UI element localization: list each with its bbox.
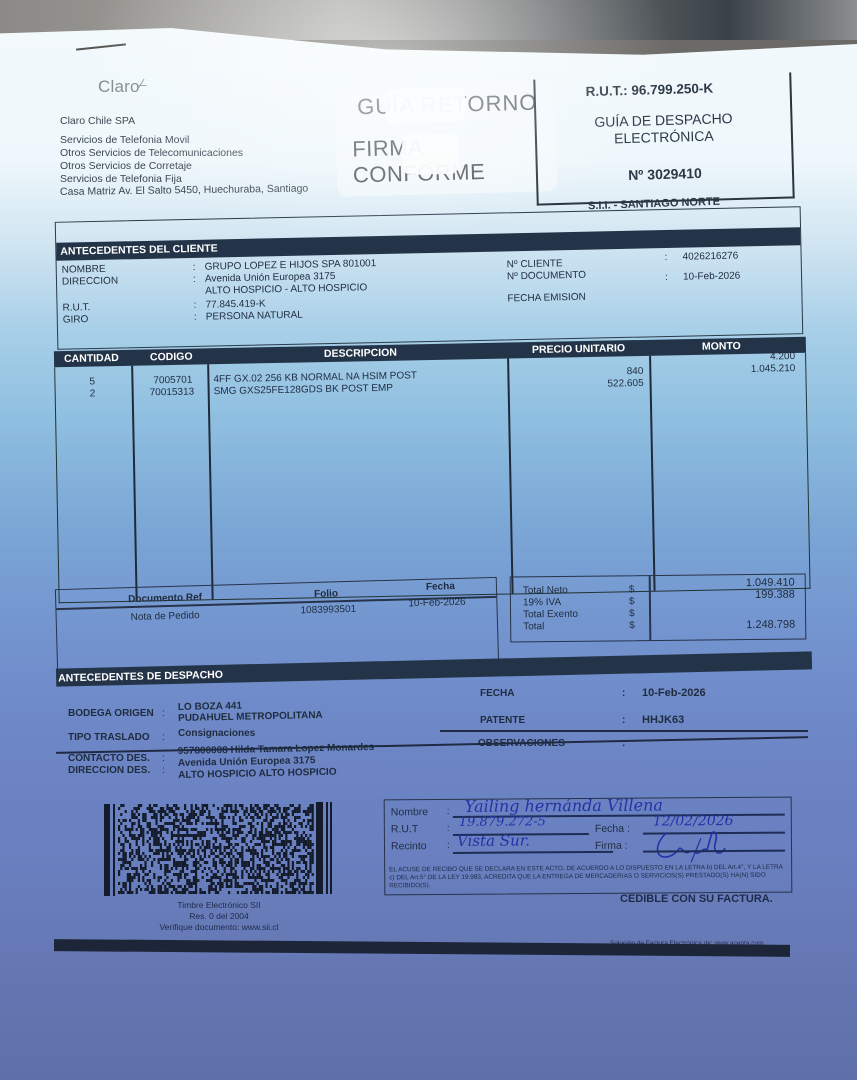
document-title: GUÍA DE DESPACHO ELECTRÓNICA <box>536 108 791 149</box>
ref-header-folio: Folio <box>314 588 338 600</box>
label-fecha-despacho: FECHA <box>480 688 514 699</box>
logo-burst-icon: ⁄̶ <box>141 76 143 91</box>
column-header-precio-unitario: PRECIO UNITARIO <box>532 342 625 356</box>
stamp-glare <box>402 134 459 175</box>
divider <box>56 736 808 753</box>
client-address-line-2: ALTO HOSPICIO - ALTO HOSPICIO <box>205 282 367 296</box>
issuer-info: Claro Chile SPA Servicios de Telefonia M… <box>60 115 308 199</box>
sii-verify-link[interactable]: Verifique documento: www.sii.cl <box>104 922 334 933</box>
cell-descripcion: SMG GXS25FE128GDS BK POST EMP <box>214 383 394 397</box>
issue-date: 10-Feb-2026 <box>683 270 740 282</box>
total-neto-value: 1.049.410 <box>746 577 795 590</box>
bodega-origen-line-2: PUDAHUEL METROPOLITANA <box>178 710 323 724</box>
cell-monto: 1.045.210 <box>751 363 796 375</box>
issuer-activity: Servicios de Telefonia Movil <box>60 134 308 147</box>
label-bodega-origen: BODEGA ORIGEN <box>68 708 154 719</box>
label-tipo-traslado: TIPO TRASLADO <box>68 732 150 743</box>
stamp-glare <box>385 87 466 123</box>
issuer-name: Claro Chile SPA <box>60 115 308 128</box>
paper-mark <box>76 43 126 50</box>
cell-monto: 4.200 <box>770 351 795 362</box>
timbre-line-1: Timbre Electrónico SII <box>104 900 334 911</box>
receipt-acknowledgment-box: Nombre R.U.T Recinto : : : Fecha : Firma… <box>384 797 793 896</box>
cell-cantidad: 2 <box>90 388 96 399</box>
cell-codigo: 7005701 <box>153 375 192 387</box>
label-contacto: CONTACTO DES. <box>68 753 150 764</box>
column-header-monto: MONTO <box>702 340 741 353</box>
tipo-traslado: Consignaciones <box>178 728 255 739</box>
column-header-cantidad: CANTIDAD <box>64 352 119 365</box>
client-rut: 77.845.419-K <box>205 298 265 310</box>
label-rut-receptor: R.U.T <box>391 823 419 835</box>
document-id-box: R.U.T.: 96.799.250-K GUÍA DE DESPACHO EL… <box>533 72 794 205</box>
pdf417-barcode-icon <box>104 800 334 898</box>
label-direccion-des: DIRECCION DES. <box>68 765 150 776</box>
currency-symbol: $ <box>629 620 635 632</box>
ref-fecha: 10-Feb-2026 <box>408 597 466 610</box>
totals-box: Total Neto 19% IVA Total Exento Total $ … <box>510 573 807 642</box>
label-direccion: DIRECCION <box>62 276 118 288</box>
timbre-electronico: Timbre Electrónico SII Res. 0 del 2004 V… <box>104 900 334 933</box>
ref-header-fecha: Fecha <box>426 581 455 593</box>
column-header-descripcion: DESCRIPCION <box>324 347 397 360</box>
label-fecha-emision: FECHA EMISION <box>507 292 586 305</box>
label-recinto: Recinto <box>391 840 427 852</box>
issuer-activity: Otros Servicios de Telecomunicaciones <box>60 147 308 160</box>
total-exento-label: Total Exento <box>523 609 578 622</box>
total-label: Total <box>523 621 578 634</box>
currency-symbol: $ <box>629 584 635 596</box>
timbre-line-2: Res. 0 del 2004 <box>104 911 334 922</box>
ref-documento: Nota de Pedido <box>131 610 200 623</box>
iva-value: 199.388 <box>746 589 795 602</box>
receiver-name-handwritten[interactable]: Yailing hernánda Villena <box>465 795 663 815</box>
divider <box>440 730 808 732</box>
items-table: CANTIDAD CODIGO DESCRIPCION PRECIO UNITA… <box>53 311 810 607</box>
cell-cantidad: 5 <box>89 376 95 387</box>
currency-symbol: $ <box>629 608 635 620</box>
issuer-address: Casa Matriz Av. El Salto 5450, Huechurab… <box>60 183 308 199</box>
column-header-codigo: CODIGO <box>150 351 193 364</box>
claro-logo: Claro⁄̶ <box>98 76 143 97</box>
client-number: 4026216276 <box>683 251 739 263</box>
total-exento-value <box>746 601 795 614</box>
receiver-rut-handwritten[interactable]: 19.879.272-5 <box>459 814 546 830</box>
return-stamp-sticker: GUÍA RETORNO FIRMA CONFORME <box>335 79 558 197</box>
label-nombre-receptor: Nombre <box>391 806 428 818</box>
dispatch-date: 10-Feb-2026 <box>642 687 706 699</box>
label-nombre: NOMBRE <box>62 264 106 276</box>
cell-precio-unitario: 522.605 <box>607 378 643 390</box>
cell-codigo: 70015313 <box>150 387 195 399</box>
label-observaciones: OBSERVACIONES <box>478 738 565 749</box>
client-name: GRUPO LOPEZ E HIJOS SPA 801001 <box>205 258 377 273</box>
cell-precio-unitario: 840 <box>627 366 644 377</box>
label-patente: PATENTE <box>480 715 525 726</box>
items-table-body: 5 7005701 4FF GX.02 256 KB NORMAL NA HSI… <box>54 353 810 603</box>
issuer-rut: R.U.T.: 96.799.250-K <box>585 81 713 100</box>
cedible-label: CEDIBLE CON SU FACTURA. <box>620 893 773 905</box>
label-rut: R.U.T. <box>62 302 90 314</box>
label-n-cliente: Nº CLIENTE <box>507 258 563 270</box>
total-neto-label: Total Neto <box>523 585 578 598</box>
license-plate: HHJK63 <box>642 714 684 726</box>
document-number: Nº 3029410 <box>538 162 792 185</box>
total-value: 1.248.798 <box>746 619 795 632</box>
label-n-documento: Nº DOCUMENTO <box>507 270 586 283</box>
dispatch-guide-document: Claro⁄̶ Claro Chile SPA Servicios de Tel… <box>0 0 857 1080</box>
ref-header-documento: Documento Ref <box>128 592 202 605</box>
issuer-activity: Otros Servicios de Corretaje <box>60 160 308 173</box>
legal-acknowledgment-text: EL ACUSE DE RECIBO QUE SE DECLARA EN EST… <box>389 864 787 891</box>
iva-label: 19% IVA <box>523 597 578 610</box>
ref-folio: 1083993501 <box>300 604 356 617</box>
recinto-handwritten[interactable]: Vista Sur. <box>457 831 530 850</box>
signature-icon[interactable] <box>647 826 757 869</box>
label-fecha-receptor: Fecha : <box>595 823 630 835</box>
currency-symbol: $ <box>629 596 635 608</box>
